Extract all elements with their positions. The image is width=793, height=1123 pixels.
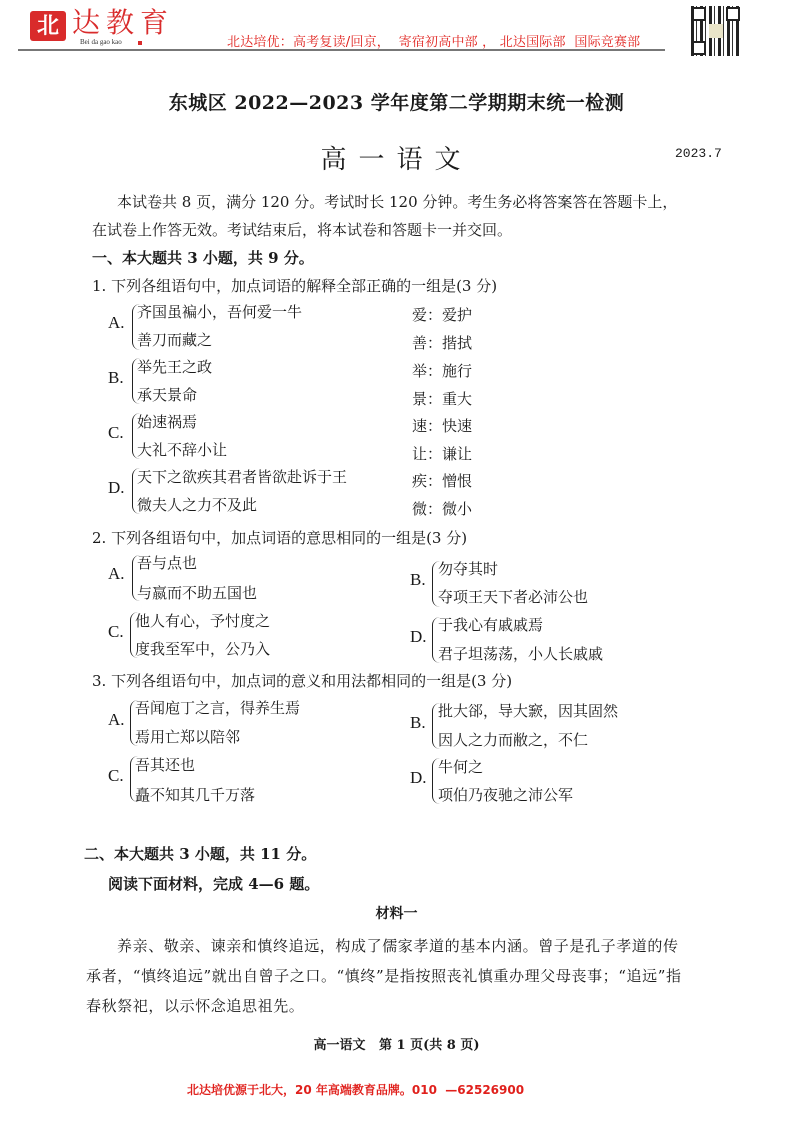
option-line-1: 批大郤，导大窾，因其固然: [438, 700, 618, 721]
option-gloss-2: 微：微小: [412, 498, 472, 519]
option-line-2: 承天景命: [137, 384, 197, 405]
option-label: D.: [410, 627, 427, 647]
option-line-2: 微夫人之力不及此: [137, 494, 257, 515]
option-line-1: 牛何之: [438, 756, 483, 777]
option-line-2: 大礼不辞小让: [137, 439, 227, 460]
option-line-1: 举先王之政: [137, 356, 212, 377]
option-line-2: 项伯乃夜驰之沛公军: [438, 784, 573, 805]
option-line-1: 吾与点也: [137, 552, 197, 573]
option-gloss-1: 疾：憎恨: [412, 470, 472, 491]
option-label: D.: [108, 478, 125, 498]
option-label: C.: [108, 766, 124, 786]
logo-text: 达教育: [72, 6, 174, 40]
logo-dot-icon: [138, 41, 142, 45]
option-label: A.: [108, 313, 125, 333]
footer-advertisement: 北达培优源于北大，20 年高端教育品牌。010 —62526900: [187, 1081, 524, 1098]
header-divider: [18, 49, 665, 51]
option-line-2: 矗不知其几千万落: [135, 784, 255, 805]
option-line-1: 齐国虽褊小，吾何爱一牛: [137, 301, 302, 322]
instructions-line-1: 本试卷共 8 页，满分 120 分。考试时长 120 分钟。考生务必将答案答在答…: [117, 188, 677, 216]
option-gloss-1: 举：施行: [412, 360, 472, 381]
option-line-1: 吾闻庖丁之言，得养生焉: [135, 697, 300, 718]
option-line-2: 因人之力而敝之，不仁: [438, 729, 588, 750]
material-line-2: 承者，“慎终追远”就出自曾子之口。“慎终”是指按照丧礼慎重办理父母丧事；“追远”…: [86, 962, 682, 990]
option-line-1: 他人有心，予忖度之: [135, 610, 270, 631]
option-line-1: 始速祸焉: [137, 411, 197, 432]
exam-title: 东城区 2022—2023 学年度第二学期期末统一检测: [0, 88, 793, 115]
question-3-stem: 3. 下列各组语句中，加点词的意义和用法都相同的一组是(3 分): [92, 667, 512, 695]
exam-date: 2023.7: [675, 146, 722, 161]
option-line-1: 天下之欲疾其君者皆欲赴诉于王: [137, 466, 347, 487]
option-line-2: 度我至军中，公乃入: [135, 638, 270, 659]
page-number: 高一语文 第 1 页(共 8 页): [0, 1034, 793, 1053]
material-line-3: 春秋祭祀，以示怀念追思祖先。: [86, 992, 304, 1020]
option-label: B.: [410, 570, 426, 590]
instructions-line-2: 在试卷上作答无效。考试结束后，将本试卷和答题卡一并交回。: [92, 216, 512, 244]
option-line-2: 君子坦荡荡，小人长戚戚: [438, 643, 603, 664]
material-title: 材料一: [0, 900, 793, 928]
question-1-stem: 1. 下列各组语句中，加点词语的解释全部正确的一组是(3 分): [92, 272, 497, 300]
option-line-1: 勿夺其时: [438, 558, 498, 579]
option-label: A.: [108, 564, 125, 584]
section2-instruction: 阅读下面材料，完成 4—6 题。: [108, 870, 319, 898]
option-gloss-2: 景：重大: [412, 388, 472, 409]
qr-code-icon: [691, 6, 741, 56]
material-line-1: 养亲、敬亲、谏亲和慎终追远，构成了儒家孝道的基本内涵。曾子是孔子孝道的传: [117, 932, 679, 960]
option-label: B.: [410, 713, 426, 733]
option-label: B.: [108, 368, 124, 388]
option-line-2: 善刀而藏之: [137, 329, 212, 350]
option-label: C.: [108, 622, 124, 642]
section2-heading: 二、本大题共 3 小题，共 11 分。: [84, 840, 316, 868]
option-line-1: 吾其还也: [135, 754, 195, 775]
option-gloss-2: 让：谦让: [412, 443, 472, 464]
option-line-2: 夺项王天下者必沛公也: [438, 586, 588, 607]
option-label: A.: [108, 710, 125, 730]
option-gloss-2: 善：揩拭: [412, 332, 472, 353]
option-label: C.: [108, 423, 124, 443]
option-line-1: 于我心有戚戚焉: [438, 614, 543, 635]
option-line-2: 焉用亡郑以陪邻: [135, 726, 240, 747]
section1-heading: 一、本大题共 3 小题，共 9 分。: [92, 244, 314, 272]
option-gloss-1: 爱：爱护: [412, 304, 472, 325]
question-2-stem: 2. 下列各组语句中，加点词语的意思相同的一组是(3 分): [92, 524, 467, 552]
logo-mark: 北: [30, 11, 66, 41]
logo-subtext: Bei da gao kao: [80, 38, 122, 46]
option-gloss-1: 速：快速: [412, 415, 472, 436]
option-line-2: 与嬴而不助五国也: [137, 582, 257, 603]
option-label: D.: [410, 768, 427, 788]
header-slogan: 北达培优：高考复读/回京， 寄宿初高中部 ， 北达国际部 国际竞赛部: [227, 31, 640, 50]
